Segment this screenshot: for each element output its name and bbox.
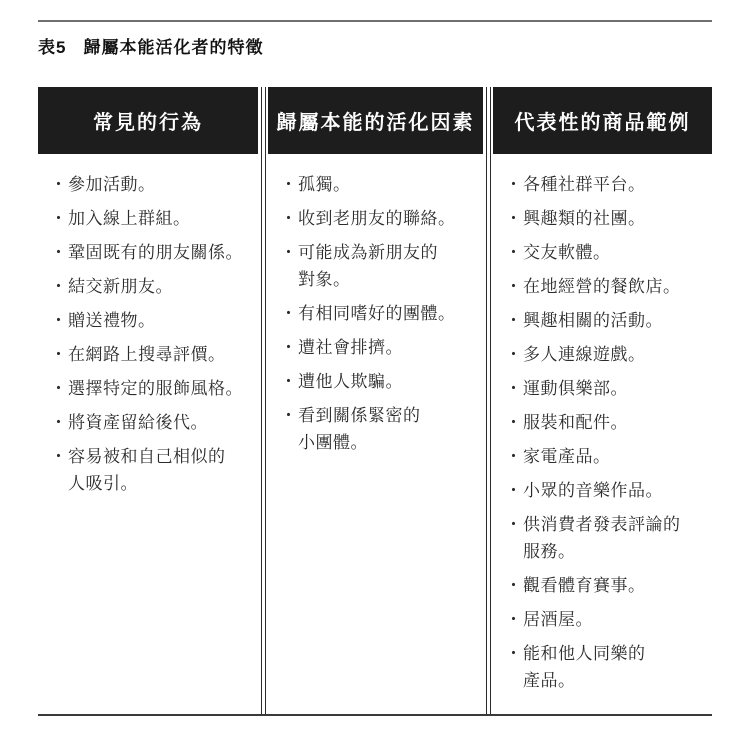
list-item: ・ 服裝和配件。 [505,409,709,436]
double-rule [261,87,266,714]
list-item: ・ 可能成為新朋友的 對象。 [280,239,480,293]
list-item: ・ 多人連線遊戲。 [505,341,709,368]
list-item: ・ 在網路上搜尋評價。 [50,341,255,368]
list-item: ・ 各種社群平台。 [505,171,709,198]
list-item-text: 居酒屋。 [523,606,593,633]
list-item-text: 參加活動。 [68,171,156,198]
list-item-text: 遭他人欺騙。 [298,368,403,395]
column-header-common-behaviors: 常見的行為 [38,87,258,154]
characteristics-table: 常見的行為 ・ 參加活動。 ・ 加入線上群組。 ・ 鞏固既有的朋 [38,87,712,716]
bullet-list-product-examples: ・ 各種社群平台。 ・ 興趣類的社團。 ・ 交友軟體。 ・ [493,154,712,714]
list-item-text: 選擇特定的服飾風格。 [68,375,243,402]
bullet-dot: ・ [505,409,523,436]
list-item: ・ 遭他人欺騙。 [280,368,480,395]
list-item: ・ 居酒屋。 [505,606,709,633]
column-header-activation-factors: 歸屬本能的活化因素 [268,87,483,154]
list-item: ・ 結交新朋友。 [50,273,255,300]
list-item: ・ 收到老朋友的聯絡。 [280,205,480,232]
list-item-text: 觀看體育賽事。 [523,572,646,599]
bullet-dot: ・ [280,368,298,395]
list-item-text: 在地經營的餐飲店。 [523,273,681,300]
bullet-dot: ・ [505,477,523,504]
list-item: ・ 看到關係緊密的 小團體。 [280,402,480,456]
bullet-dot: ・ [280,402,298,456]
bullet-dot: ・ [50,443,68,497]
list-item-text: 收到老朋友的聯絡。 [298,205,456,232]
list-item: ・ 在地經營的餐飲店。 [505,273,709,300]
list-item-text: 各種社群平台。 [523,171,646,198]
list-item-text: 有相同嗜好的團體。 [298,300,456,327]
bullet-dot: ・ [50,375,68,402]
list-item: ・ 家電產品。 [505,443,709,470]
bullet-dot: ・ [505,606,523,633]
list-item: ・ 運動俱樂部。 [505,375,709,402]
list-item-text: 將資產留給後代。 [68,409,208,436]
bullet-dot: ・ [50,341,68,368]
bullet-list-common-behaviors: ・ 參加活動。 ・ 加入線上群組。 ・ 鞏固既有的朋友關係。 ・ [38,154,258,714]
list-item: ・ 能和他人同樂的 產品。 [505,640,709,694]
list-item-text: 多人連線遊戲。 [523,341,646,368]
column-activation-factors: 歸屬本能的活化因素 ・ 孤獨。 ・ 收到老朋友的聯絡。 ・ 可能 [268,87,483,714]
list-item-text: 興趣相關的活動。 [523,307,663,334]
column-divider [483,87,493,714]
list-item-text: 在網路上搜尋評價。 [68,341,226,368]
bullet-dot: ・ [505,273,523,300]
list-item: ・ 興趣類的社團。 [505,205,709,232]
bullet-list-activation-factors: ・ 孤獨。 ・ 收到老朋友的聯絡。 ・ 可能成為新朋友的 對象。 ・ [268,154,483,714]
bullet-dot: ・ [505,171,523,198]
list-item: ・ 興趣相關的活動。 [505,307,709,334]
list-item-text: 可能成為新朋友的 對象。 [298,239,438,293]
list-item-text: 興趣類的社團。 [523,205,646,232]
bullet-dot: ・ [280,300,298,327]
list-item: ・ 選擇特定的服飾風格。 [50,375,255,402]
column-product-examples: 代表性的商品範例 ・ 各種社群平台。 ・ 興趣類的社團。 ・ 交 [493,87,712,714]
bullet-dot: ・ [280,239,298,293]
bullet-dot: ・ [280,171,298,198]
list-item: ・ 孤獨。 [280,171,480,198]
column-common-behaviors: 常見的行為 ・ 參加活動。 ・ 加入線上群組。 ・ 鞏固既有的朋 [38,87,258,714]
list-item: ・ 參加活動。 [50,171,255,198]
table-title-text: 歸屬本能活化者的特徵 [83,38,263,57]
list-item-text: 孤獨。 [298,171,351,198]
bullet-dot: ・ [505,205,523,232]
list-item: ・ 交友軟體。 [505,239,709,266]
list-item: ・ 將資產留給後代。 [50,409,255,436]
column-header-product-examples: 代表性的商品範例 [493,87,712,154]
list-item-text: 供消費者發表評論的 服務。 [523,511,681,565]
bullet-dot: ・ [50,307,68,334]
list-item-text: 小眾的音樂作品。 [523,477,663,504]
list-item-text: 鞏固既有的朋友關係。 [68,239,243,266]
list-item: ・ 鞏固既有的朋友關係。 [50,239,255,266]
bullet-dot: ・ [50,273,68,300]
list-item: ・ 有相同嗜好的團體。 [280,300,480,327]
bullet-dot: ・ [505,239,523,266]
bullet-dot: ・ [505,511,523,565]
list-item: ・ 容易被和自己相似的 人吸引。 [50,443,255,497]
list-item: ・ 觀看體育賽事。 [505,572,709,599]
list-item: ・ 供消費者發表評論的 服務。 [505,511,709,565]
title-top-rule [38,20,712,22]
column-divider [258,87,268,714]
bullet-dot: ・ [505,341,523,368]
bullet-dot: ・ [505,307,523,334]
page-content: 表5歸屬本能活化者的特徵 常見的行為 ・ 參加活動。 ・ 加入線上群組。 [38,20,712,716]
bullet-dot: ・ [50,409,68,436]
bullet-dot: ・ [50,205,68,232]
list-item-text: 結交新朋友。 [68,273,173,300]
bullet-dot: ・ [50,171,68,198]
bullet-dot: ・ [280,205,298,232]
list-item-text: 容易被和自己相似的 人吸引。 [68,443,226,497]
list-item-text: 遭社會排擠。 [298,334,403,361]
bullet-dot: ・ [505,375,523,402]
list-item-text: 贈送禮物。 [68,307,156,334]
list-item-text: 運動俱樂部。 [523,375,628,402]
list-item: ・ 小眾的音樂作品。 [505,477,709,504]
list-item-text: 交友軟體。 [523,239,611,266]
bullet-dot: ・ [50,239,68,266]
list-item-text: 能和他人同樂的 產品。 [523,640,646,694]
list-item: ・ 加入線上群組。 [50,205,255,232]
bullet-dot: ・ [280,334,298,361]
table-number: 表5 [38,38,66,57]
double-rule [486,87,491,714]
list-item-text: 家電產品。 [523,443,611,470]
table-title: 表5歸屬本能活化者的特徵 [38,33,712,58]
bullet-dot: ・ [505,640,523,694]
list-item: ・ 遭社會排擠。 [280,334,480,361]
list-item-text: 服裝和配件。 [523,409,628,436]
list-item-text: 加入線上群組。 [68,205,191,232]
bullet-dot: ・ [505,572,523,599]
list-item-text: 看到關係緊密的 小團體。 [298,402,421,456]
bullet-dot: ・ [505,443,523,470]
list-item: ・ 贈送禮物。 [50,307,255,334]
